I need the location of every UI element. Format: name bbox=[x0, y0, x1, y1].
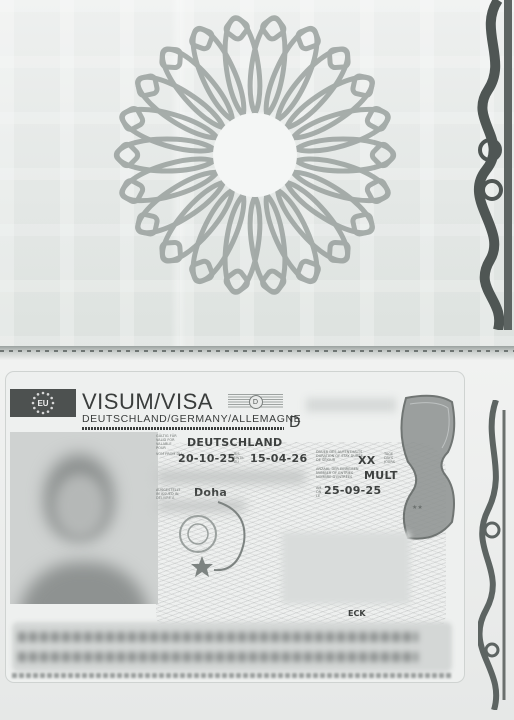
redacted-remarks bbox=[282, 532, 410, 604]
days-label: TAGE DAYS JOURS bbox=[384, 452, 398, 464]
stars-mark: ★★ bbox=[412, 504, 423, 511]
valid-for-label: GÜLTIG FÜR VALID FOR VALABLE POUR bbox=[156, 434, 182, 450]
passport-upper-page bbox=[0, 0, 514, 352]
eu-flag: EU bbox=[10, 389, 76, 417]
guilloche-rosette-icon bbox=[105, 5, 405, 305]
ornament-border-icon bbox=[478, 400, 510, 710]
mrz-line-1 bbox=[18, 632, 418, 642]
issuing-country: DEUTSCHLAND/GERMANY/ALLEMAGNE bbox=[82, 413, 301, 425]
redacted-visa-number bbox=[306, 398, 396, 412]
entries-value: MULT bbox=[364, 469, 398, 482]
ornament-border-icon bbox=[468, 0, 514, 330]
eu-flag-label: EU bbox=[37, 399, 48, 408]
holder-photo bbox=[10, 432, 158, 604]
duration-value: XX bbox=[358, 454, 376, 467]
redacted-name bbox=[156, 470, 306, 484]
visa-sticker: EU VISUM/VISA D DEUTSCHLAND/GERMANY/ALLE… bbox=[6, 372, 464, 682]
valid-for-value: DEUTSCHLAND bbox=[187, 436, 282, 449]
remarks-fragment: ECK bbox=[348, 609, 366, 618]
mrz-line-2 bbox=[18, 652, 418, 662]
until-date: 15-04-26 bbox=[250, 452, 307, 465]
microtext-line bbox=[82, 427, 284, 430]
hologram-stripe: D bbox=[228, 394, 283, 409]
country-mark: D bbox=[249, 395, 263, 409]
machine-readable-zone bbox=[12, 622, 452, 672]
visa-type: D bbox=[289, 414, 301, 432]
from-date: 20-10-25 bbox=[178, 452, 235, 465]
passport-page-fold bbox=[0, 346, 514, 360]
kinegram-hologram-icon bbox=[396, 392, 464, 542]
entries-label: ANZAHL DER EINREISEN NUMBER OF ENTRIES N… bbox=[316, 467, 368, 479]
issue-date-value: 25-09-25 bbox=[324, 484, 381, 497]
security-emblem-icon bbox=[178, 492, 268, 582]
visa-title: VISUM/VISA bbox=[82, 389, 213, 415]
microtext-border bbox=[12, 673, 452, 678]
until-label: BIS UNTIL AU bbox=[234, 452, 250, 464]
